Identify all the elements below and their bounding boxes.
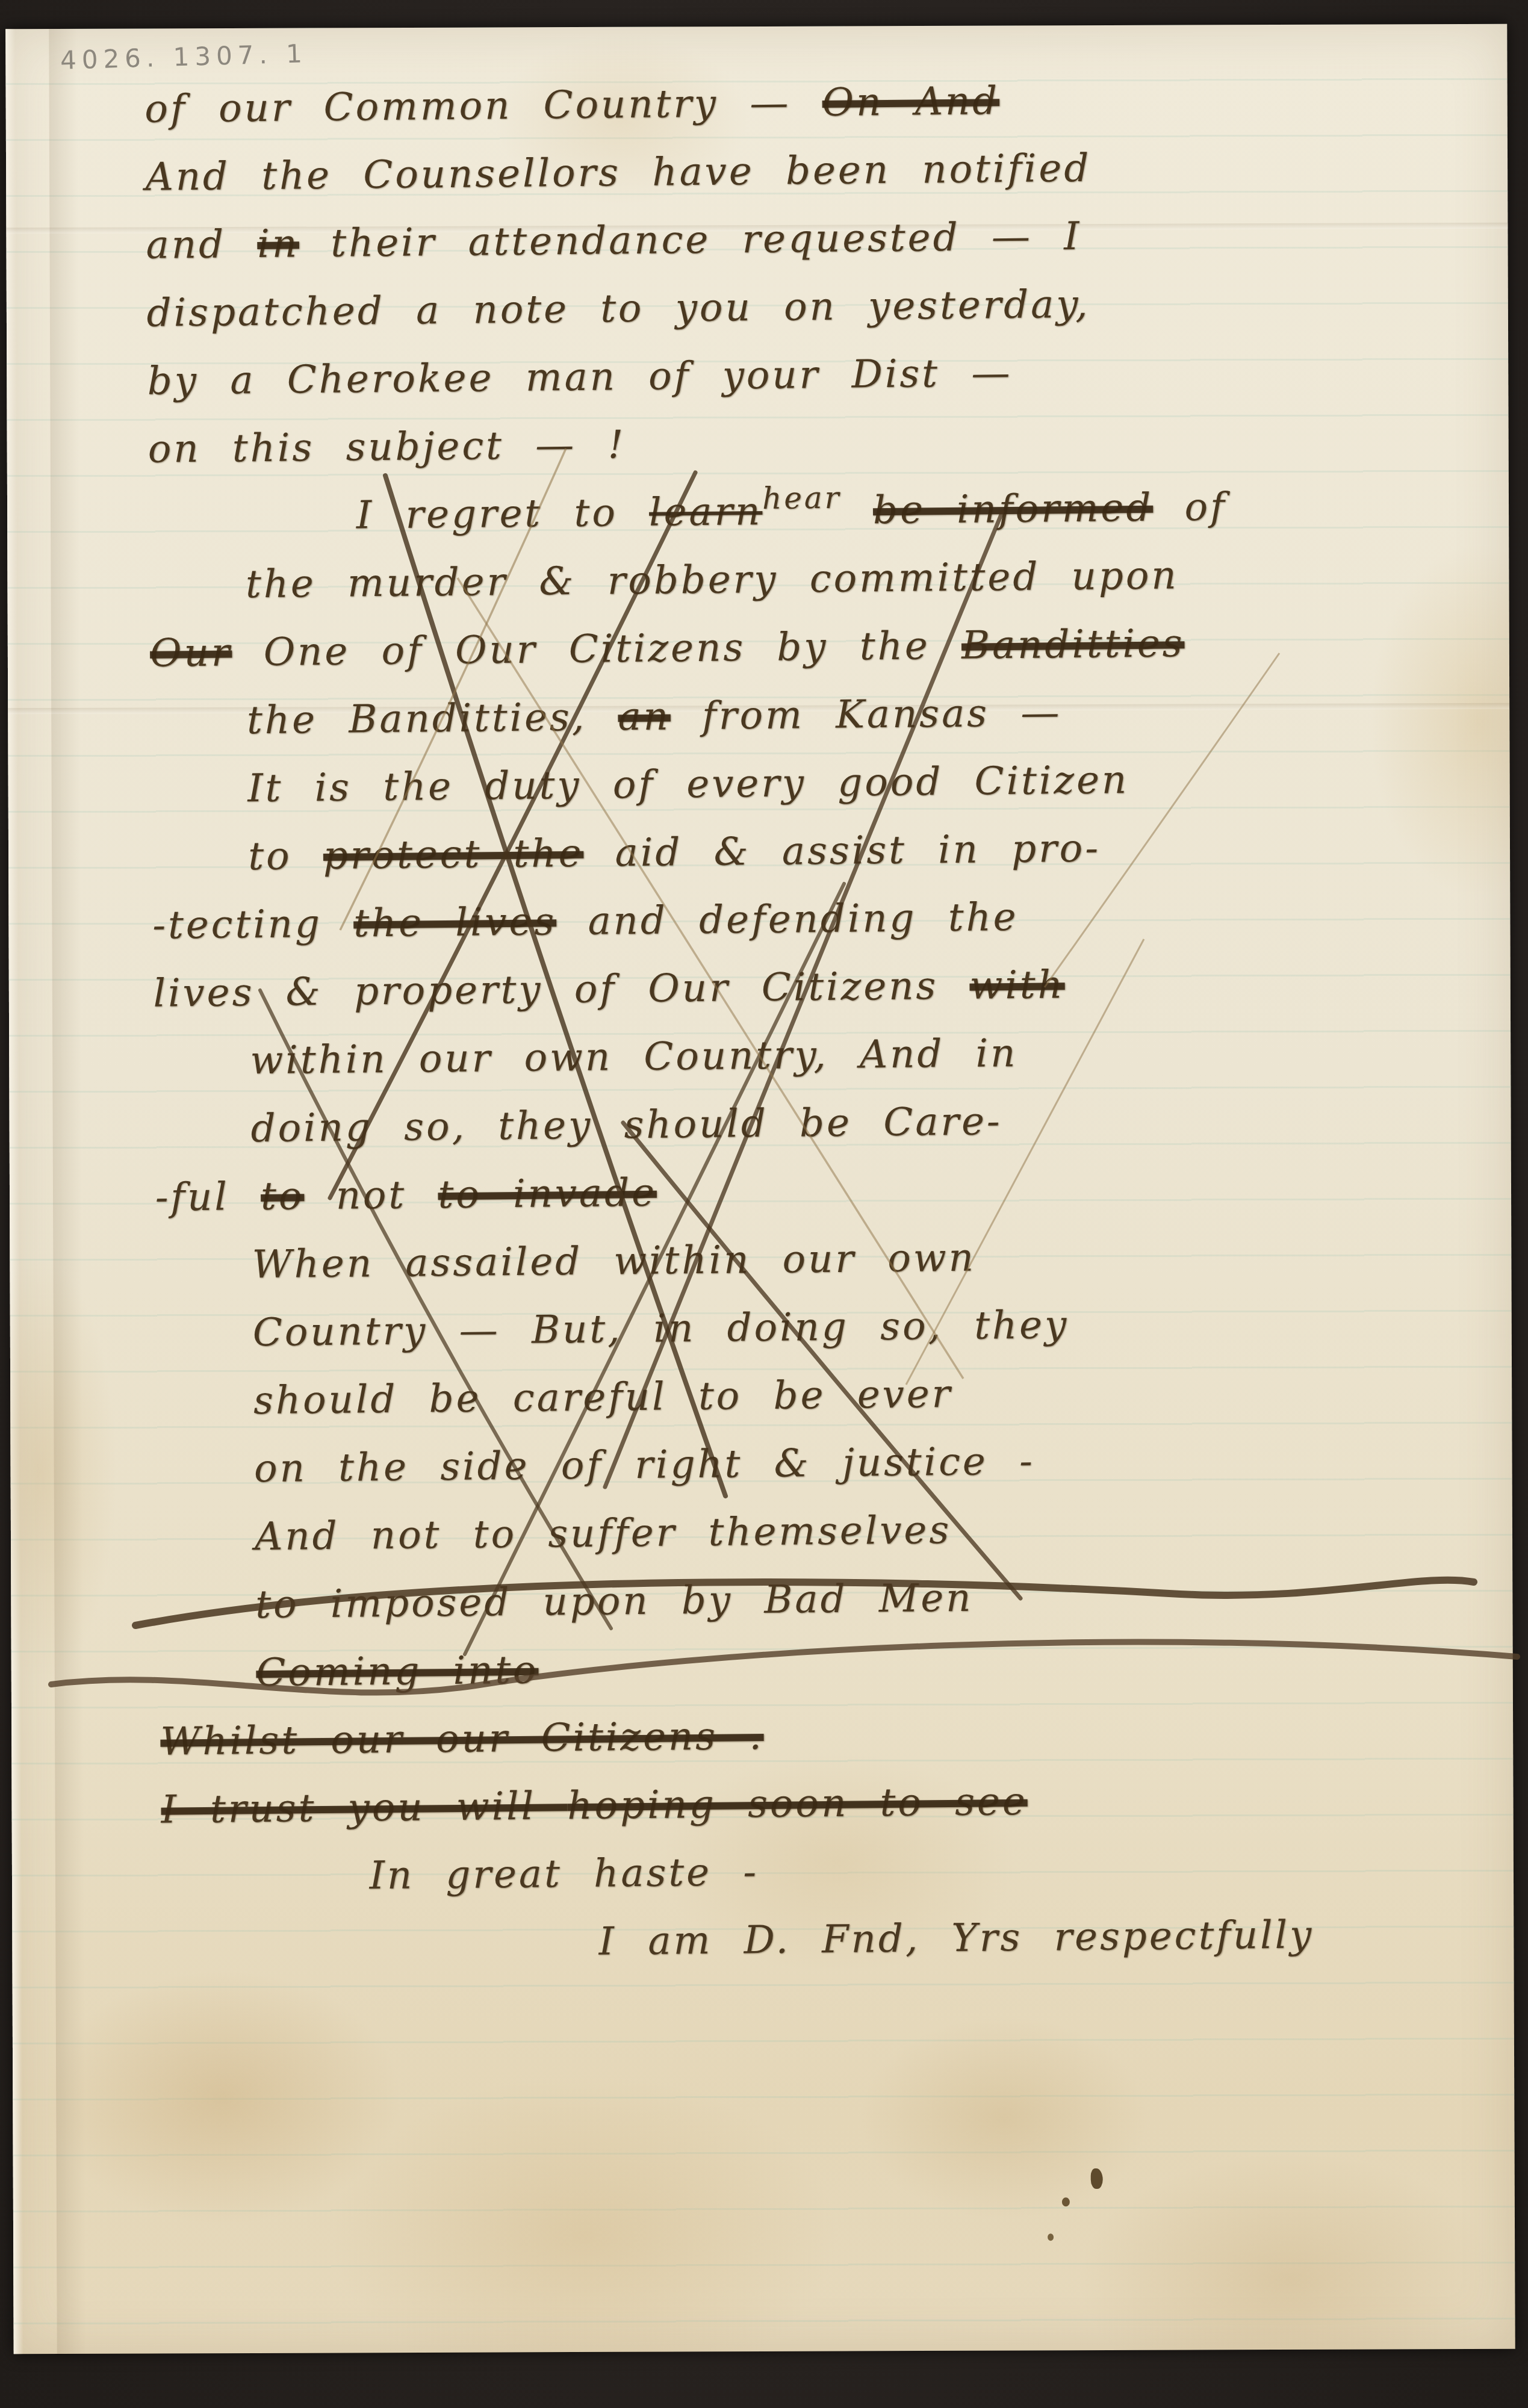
text-segment: their attendance requested — I [299, 214, 1082, 266]
struck-text-segment: learn [649, 489, 763, 535]
manuscript-line: Our One of Our Citizens by the Bandittie… [150, 607, 1525, 688]
manuscript-line: It is the duty of every good Citizen [247, 743, 1526, 823]
struck-text-segment: the lives [353, 899, 557, 946]
manuscript-line: the Banditties, an from Kansas — [247, 675, 1526, 755]
manuscript-line: And the Counsellors have been notified [145, 131, 1520, 212]
manuscript-line: to imposed upon by Bad Men [255, 1559, 1528, 1639]
manuscript-line: When assailed within our own [252, 1219, 1528, 1299]
text-segment: not [304, 1173, 438, 1218]
text-segment: aid & assist in pro- [583, 827, 1101, 876]
struck-text-segment: Banditties [961, 621, 1185, 668]
text-segment: It is the duty of every good Citizen [247, 758, 1129, 811]
text-segment: When assailed within our own [252, 1236, 976, 1288]
text-segment: of our Common Country — [144, 81, 822, 132]
text-segment: doing so, they should be Care- [250, 1099, 1002, 1151]
manuscript-line: and in their attendance requested — I [146, 199, 1521, 280]
struck-text-segment: an [618, 694, 671, 739]
manuscript-line: dispatched a note to you on yesterday, [146, 267, 1521, 348]
text-segment: the murder & robbery committed upon [246, 553, 1179, 607]
struck-text-segment: I trust you will [161, 1784, 568, 1832]
manuscript-line: within our own Country, And in [250, 1015, 1528, 1095]
text-segment: on the side of right & justice - [254, 1439, 1035, 1491]
manuscript-line: And not to suffer themselves [255, 1491, 1528, 1571]
struck-text-segment: hoping soon to see [567, 1780, 1028, 1828]
text-segment: And not to suffer themselves [255, 1508, 952, 1559]
ink-speck [1091, 2168, 1103, 2189]
struck-text-segment: protect the [323, 831, 584, 878]
manuscript-line: doing so, they should be Care- [250, 1083, 1528, 1163]
manuscript-line: Country — But, in doing so, they [252, 1287, 1528, 1367]
text-segment: -ful [155, 1175, 261, 1220]
text-segment: And the Counsellors have been notified [145, 146, 1091, 200]
manuscript-line: I am D. Fnd, Yrs respectfully [598, 1899, 1528, 1976]
text-segment: of [1153, 485, 1227, 530]
text-segment: within our own Country, And in [250, 1031, 1017, 1083]
ink-speck [1062, 2197, 1070, 2206]
text-segment: I regret to [356, 491, 650, 538]
struck-text-segment: in [257, 222, 299, 267]
text-segment: One of Our Citizens by the [232, 624, 961, 675]
manuscript-line: I trust you will hoping soon to see [161, 1763, 1528, 1845]
text-segment: Country — But, in doing so, they [253, 1303, 1069, 1355]
text-segment: the Banditties, [247, 695, 618, 743]
text-segment: and defending the [556, 895, 1019, 944]
manuscript-line: on the side of right & justice - [254, 1423, 1528, 1503]
text-segment: from Kansas — [670, 690, 1061, 739]
manuscript-line: lives & property of Our Citizens with [153, 947, 1528, 1028]
struck-text-segment: Coming into [256, 1648, 539, 1695]
text-segment: In great haste - [369, 1850, 759, 1898]
ink-speck [1048, 2233, 1054, 2241]
text-segment: to [248, 834, 323, 879]
text-segment: should be careful to be ever [253, 1372, 953, 1423]
text-segment: -tecting [152, 902, 353, 948]
manuscript-line: of our Common Country — On And [144, 63, 1520, 144]
manuscript-line: the murder & robbery committed upon [245, 539, 1524, 619]
text-segment: lives & property of Our Citizens [153, 964, 970, 1016]
text-segment: dispatched a note to you on yesterday, [146, 282, 1090, 336]
struck-text-segment: Whilst our our Citizens . [160, 1714, 764, 1764]
text-segment: and [146, 222, 257, 268]
struck-text-segment: Our [150, 630, 232, 675]
struck-text-segment: with [969, 963, 1065, 1008]
handwritten-letter-body: of our Common Country — On AndAnd the Co… [0, 63, 1528, 1982]
text-segment [841, 488, 873, 533]
text-segment: on this subject — ! [148, 423, 626, 472]
manuscript-line: to protect the aid & assist in pro- [248, 811, 1527, 891]
struck-text-segment: to invade [438, 1171, 657, 1217]
text-segment: by a Cherokee man of your Dist — [147, 351, 1012, 404]
struck-text-segment: to [261, 1174, 305, 1219]
text-segment: I am D. Fnd, Yrs respectfully [598, 1913, 1314, 1964]
struck-text-segment: On And [822, 79, 999, 125]
manuscript-line: should be careful to be ever [253, 1355, 1528, 1435]
manuscript-line: Coming into [256, 1627, 1528, 1707]
manuscript-line: -tecting the lives and defending the [152, 879, 1527, 960]
struck-text-segment: be informed [873, 486, 1154, 533]
manuscript-line: -ful to not to invade [155, 1151, 1528, 1232]
manuscript-line: In great haste - [369, 1831, 1528, 1911]
manuscript-line: I regret to learnhear be informed of [356, 471, 1523, 550]
inserted-text-segment: hear [762, 464, 842, 533]
manuscript-line: Whilst our our Citizens . [160, 1695, 1528, 1777]
manuscript-line: by a Cherokee man of your Dist — [147, 335, 1522, 416]
text-segment: to imposed upon by Bad Men [255, 1576, 974, 1627]
